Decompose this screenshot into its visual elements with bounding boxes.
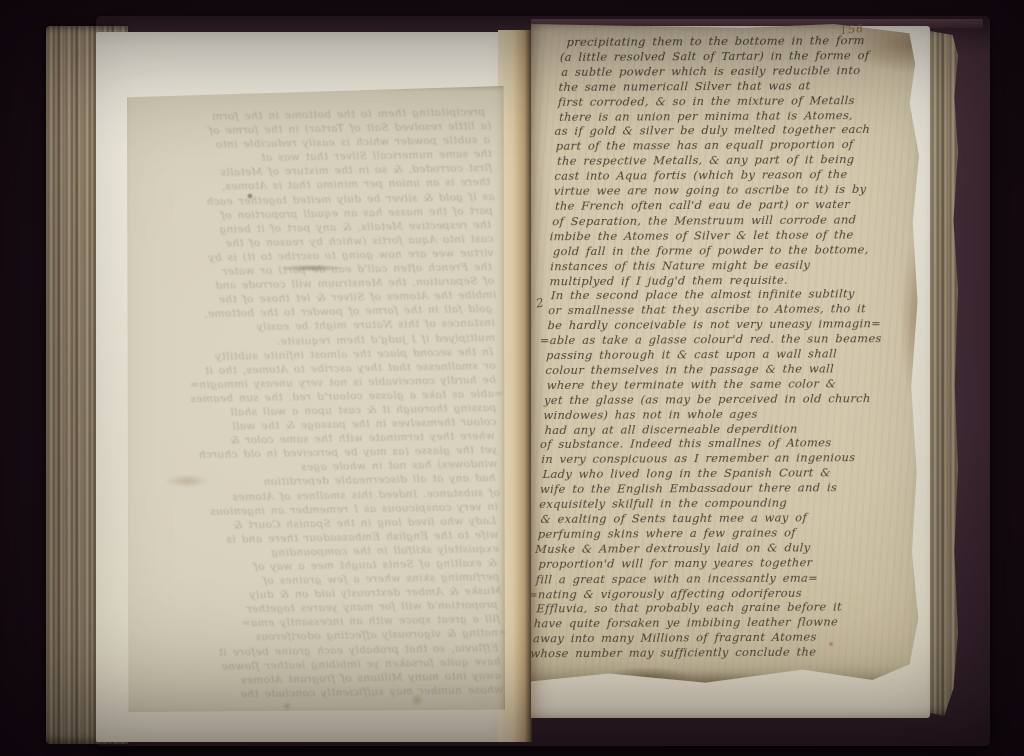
manuscript-line: yet the glasse (as may be perceived in o… [544,391,897,408]
manuscript-line: =able as take a glasse colour'd red. the… [540,331,900,348]
manuscript-text-block: precipitating them to the bottome in the… [532,33,913,661]
manuscript-line: imbibe the Atomes of Silver & let those … [549,227,904,244]
manuscript-line: virtue wee are now going to ascribe to i… [553,182,906,199]
right-manuscript-leaf: precipitating them to the bottome in the… [531,24,919,684]
manuscript-line: a subtle powder which is easily reducibl… [561,63,912,80]
manuscript-line: in very conspicuous as I remember an ing… [541,450,894,467]
manuscript-line: whose number may sufficiently conclude t… [531,644,885,661]
left-manuscript-leaf: precipitating them to the bottome in the… [127,86,505,712]
manuscript-line: as if gold & silver be duly melted toget… [554,122,909,139]
manuscript-line: have quite forsaken ye imbibing leather … [533,614,886,631]
photo-open-manuscript-book: precipitating them to the bottome in the… [0,0,1024,756]
manuscript-line: gold fall in the forme of powder to the … [553,242,904,259]
margin-mark: 2 [535,295,545,310]
bleed-through-mirrored-text: precipitating them to the bottome in the… [141,105,501,703]
